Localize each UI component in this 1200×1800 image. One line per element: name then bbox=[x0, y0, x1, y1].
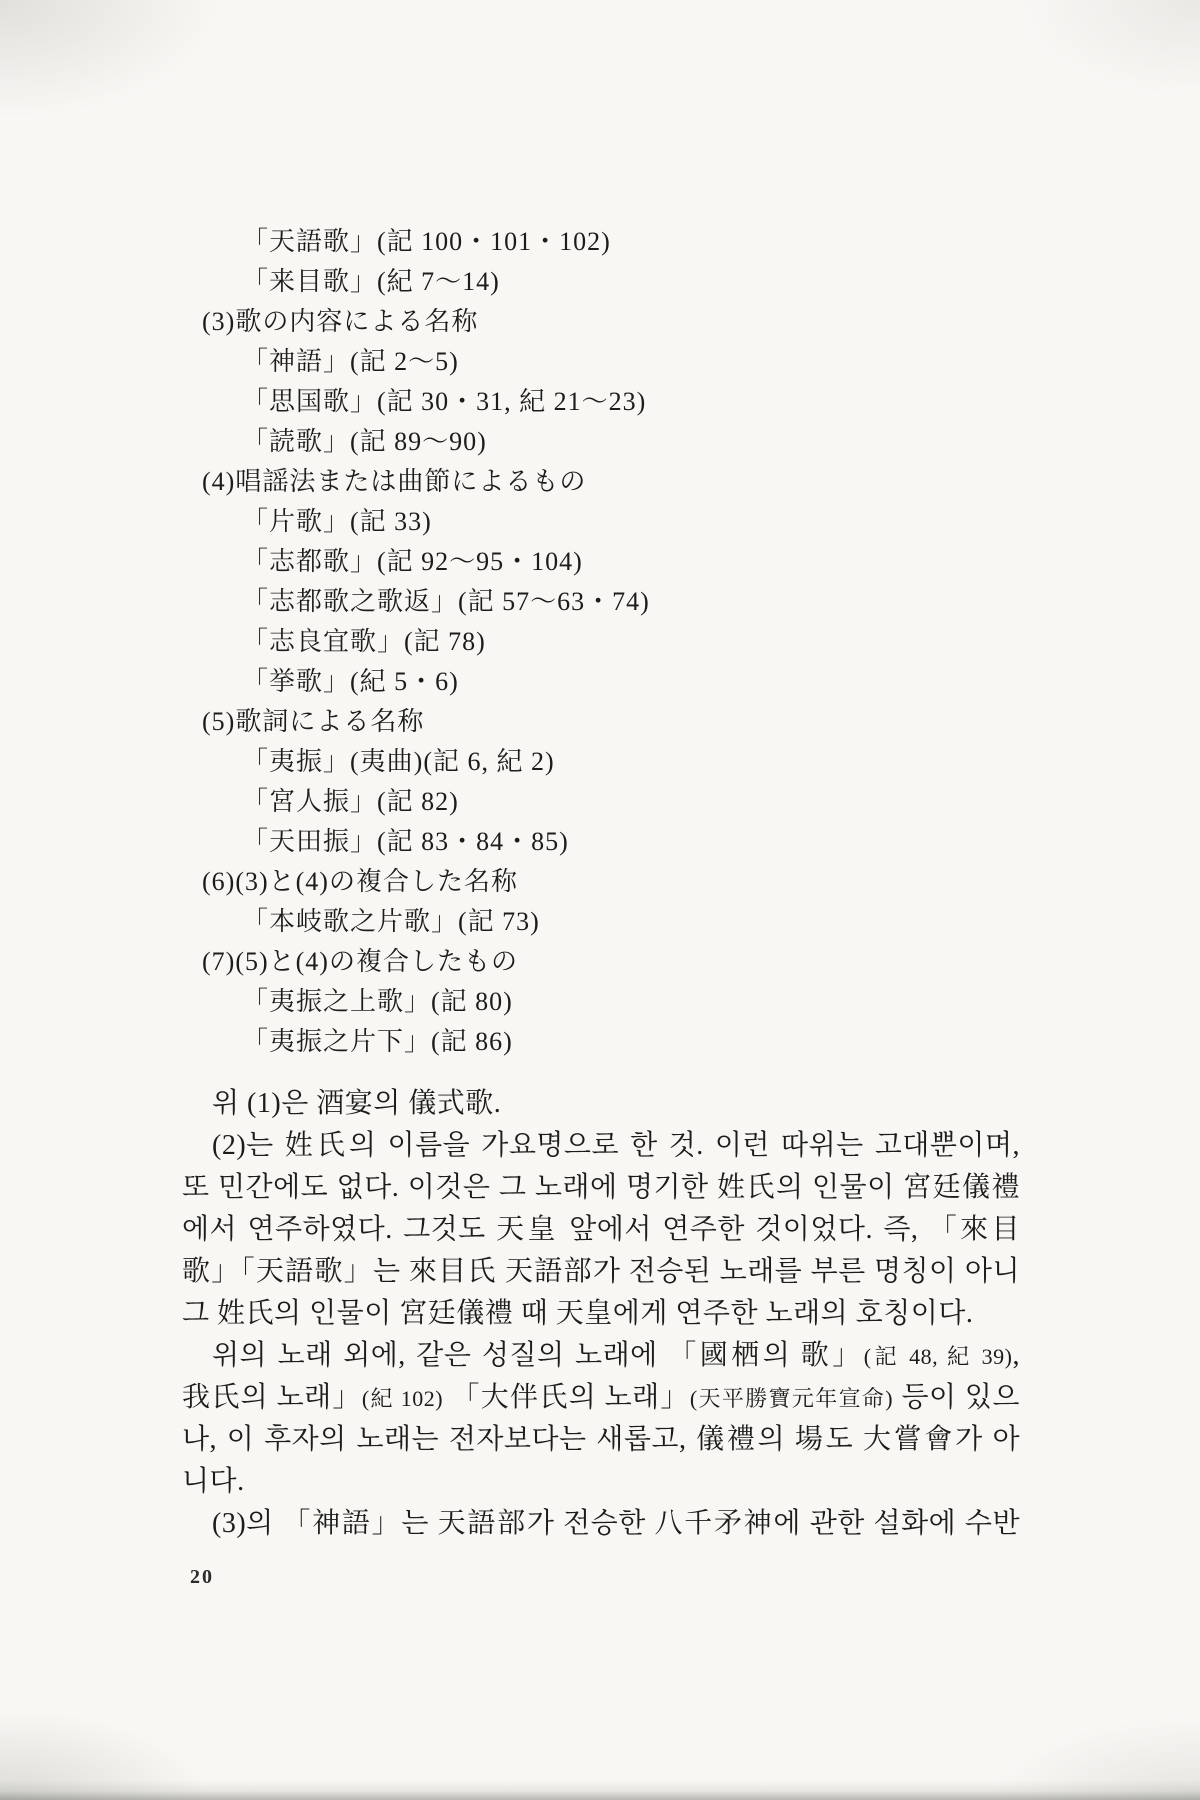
outline-entry: 「思国歌」(記 30・31, 紀 21〜23) bbox=[182, 382, 1052, 422]
reference-citation: (記 48, 紀 39) bbox=[864, 1344, 1013, 1369]
outline-heading: (5)歌詞による名称 bbox=[182, 702, 1052, 742]
song-name-outline: 「天語歌」(記 100・101・102)「来目歌」(紀 7〜14)(3)歌の内容… bbox=[182, 222, 1052, 1062]
text-segment: 그 姓氏의 인물이 宮廷儀禮 때 天皇에게 연주한 노래의 호칭이다. bbox=[182, 1298, 973, 1329]
paragraph-line: 歌」「天語歌」는 來目氏 天語部가 전승된 노래를 부른 명칭이 아니고, bbox=[182, 1251, 1020, 1293]
text-segment: 歌」「天語歌」는 來目氏 天語部가 전승된 노래를 부른 명칭이 아니고, bbox=[182, 1256, 1020, 1293]
paragraph-line: 또 민간에도 없다. 이것은 그 노래에 명기한 姓氏의 인물이 宮廷儀禮 bbox=[182, 1167, 1020, 1209]
paragraph-line: 위의 노래 외에, 같은 성질의 노래에 「國栖의 歌」(記 48, 紀 39)… bbox=[182, 1335, 1020, 1377]
body-text: 위 (1)은 酒宴의 儀式歌.(2)는 姓氏의 이름을 가요명으로 한 것. 이… bbox=[182, 1083, 1020, 1545]
text-segment: 我氏의 노래」 bbox=[182, 1382, 362, 1413]
paragraph-line: (3)의 「神語」는 天語部가 전승한 八千矛神에 관한 설화에 수반한 bbox=[182, 1503, 1020, 1545]
outline-entry: 「来目歌」(紀 7〜14) bbox=[182, 262, 1052, 302]
outline-heading: (3)歌の内容による名称 bbox=[182, 302, 1052, 342]
outline-entry: 「志良宜歌」(記 78) bbox=[182, 622, 1052, 662]
outline-heading: (7)(5)と(4)の複合したもの bbox=[182, 942, 1052, 982]
outline-entry: 「志都歌之歌返」(記 57〜63・74) bbox=[182, 582, 1052, 622]
outline-entry: 「挙歌」(紀 5・6) bbox=[182, 662, 1052, 702]
page-number: 20 bbox=[190, 1566, 214, 1589]
outline-entry: 「夷振」(夷曲)(記 6, 紀 2) bbox=[182, 742, 1052, 782]
outline-heading: (6)(3)と(4)の複合した名称 bbox=[182, 862, 1052, 902]
outline-entry: 「片歌」(記 33) bbox=[182, 502, 1052, 542]
text-segment: (2)는 姓氏의 이름을 가요명으로 한 것. 이런 따위는 고대뿐이며, bbox=[212, 1130, 1020, 1161]
reference-citation: (天平勝寶元年宣命) bbox=[690, 1386, 893, 1411]
outline-entry: 「宮人振」(記 82) bbox=[182, 782, 1052, 822]
paragraph-line: 에서 연주하였다. 그것도 天皇 앞에서 연주한 것이었다. 즉, 「來目 bbox=[182, 1209, 1020, 1251]
outline-entry: 「神語」(記 2〜5) bbox=[182, 342, 1052, 382]
text-segment: 나, 이 후자의 노래는 전자보다는 새롭고, 儀禮의 場도 大嘗會가 아 bbox=[182, 1424, 1020, 1455]
outline-entry: 「本岐歌之片歌」(記 73) bbox=[182, 902, 1052, 942]
paragraph-line: 그 姓氏의 인물이 宮廷儀禮 때 天皇에게 연주한 노래의 호칭이다. bbox=[182, 1293, 1020, 1335]
text-segment: 등이 있으 bbox=[893, 1382, 1020, 1413]
outline-entry: 「読歌」(記 89〜90) bbox=[182, 422, 1052, 462]
paragraph-line: 니다. bbox=[182, 1461, 1020, 1503]
scanned-book-page: 「天語歌」(記 100・101・102)「来目歌」(紀 7〜14)(3)歌の内容… bbox=[0, 0, 1200, 1800]
outline-heading: (4)唱謡法または曲節によるもの bbox=[182, 462, 1052, 502]
outline-entry: 「志都歌」(記 92〜95・104) bbox=[182, 542, 1052, 582]
outline-entry: 「天田振」(記 83・84・85) bbox=[182, 822, 1052, 862]
text-segment: 또 민간에도 없다. 이것은 그 노래에 명기한 姓氏의 인물이 宮廷儀禮 bbox=[182, 1172, 1020, 1203]
text-segment: 니다. bbox=[182, 1466, 245, 1497]
text-segment: 위 (1)은 酒宴의 儀式歌. bbox=[212, 1088, 501, 1119]
paragraph-line: 나, 이 후자의 노래는 전자보다는 새롭고, 儀禮의 場도 大嘗會가 아 bbox=[182, 1419, 1020, 1461]
text-segment: 에서 연주하였다. 그것도 天皇 앞에서 연주한 것이었다. 즉, 「來目 bbox=[182, 1214, 1020, 1245]
text-segment: 「大伴氏의 노래」 bbox=[443, 1382, 690, 1413]
paragraph-line: (2)는 姓氏의 이름을 가요명으로 한 것. 이런 따위는 고대뿐이며, bbox=[182, 1125, 1020, 1167]
reference-citation: (紀 102) bbox=[362, 1386, 443, 1411]
paragraph-line: 我氏의 노래」(紀 102) 「大伴氏의 노래」(天平勝寶元年宣命) 등이 있으 bbox=[182, 1377, 1020, 1419]
outline-entry: 「夷振之上歌」(記 80) bbox=[182, 982, 1052, 1022]
paragraph-line: 위 (1)은 酒宴의 儀式歌. bbox=[182, 1083, 1020, 1125]
text-segment: 위의 노래 외에, 같은 성질의 노래에 「國栖의 歌」 bbox=[212, 1340, 864, 1371]
outline-entry: 「夷振之片下」(記 86) bbox=[182, 1022, 1052, 1062]
text-segment: (3)의 「神語」는 天語部가 전승한 八千矛神에 관한 설화에 수반한 bbox=[212, 1508, 1020, 1545]
outline-entry: 「天語歌」(記 100・101・102) bbox=[182, 222, 1052, 262]
